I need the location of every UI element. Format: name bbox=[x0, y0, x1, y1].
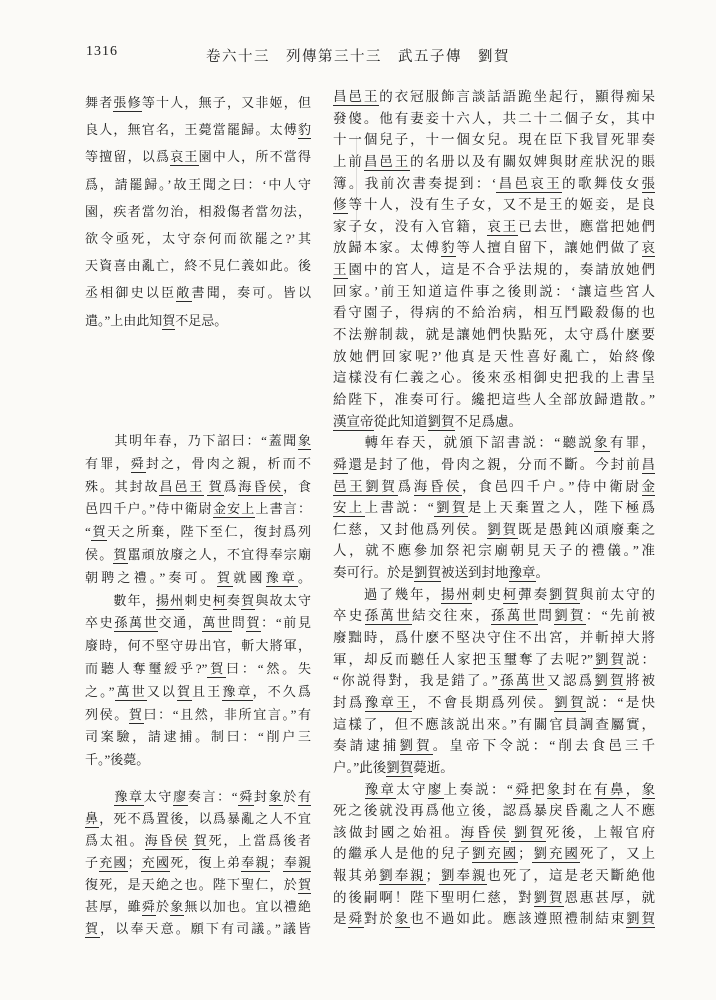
text-run: 數年， bbox=[85, 593, 156, 608]
proper-name-mark: 劉奉親 bbox=[379, 868, 425, 885]
text-line: 仁慈，又封他爲列侯。劉賀既是愚鈍凶頑廢棄之 bbox=[333, 519, 655, 541]
text-run: 太守 bbox=[144, 789, 173, 804]
text-run: 奏言：“ bbox=[188, 789, 238, 804]
text-run: 丞相御史以臣 bbox=[85, 285, 176, 300]
proper-name-mark: 張修 bbox=[113, 95, 141, 112]
text-run: ，死不爲置後，以爲暴亂之人不宜 bbox=[99, 811, 311, 826]
text-line: 之。”萬世又以賀且王豫章，不久爲 bbox=[85, 681, 311, 704]
text-run: 其明年春，乃下詔曰：“蓋聞 bbox=[85, 433, 298, 448]
proper-name-mark: 賀 bbox=[85, 921, 100, 938]
proper-name-mark: 劉賀 bbox=[554, 695, 586, 712]
text-run: 簿。我前次書奏提到：‘ bbox=[333, 176, 496, 191]
book-page: 1316 卷六十三 列傳第三十三 武五子傳 劉賀 舞者張修等十人，無子，又非姬，… bbox=[0, 0, 716, 1000]
text-line: 這樣了，但不應該説出來。”有關官員調查屬實， bbox=[333, 714, 655, 736]
text-line: 人，就不應參加祭祀宗廟朝見天子的禮儀。”准 bbox=[333, 540, 655, 562]
text-run: 給陛下，准奏可行。纔把這些人全部放歸遣散。” bbox=[333, 392, 655, 407]
text-run: 也不過如此。應該遵照禮制結束 bbox=[410, 911, 626, 926]
text-run: 舞者 bbox=[85, 95, 113, 110]
proper-name-mark: 漢宣帝 bbox=[333, 414, 374, 431]
text-run: 且王 bbox=[192, 684, 222, 699]
text-run: 奏 bbox=[227, 593, 241, 608]
text-run: 恩惠甚厚，就 bbox=[564, 890, 655, 905]
proper-name-mark: 舜 bbox=[238, 789, 254, 806]
proper-name-mark: 賀 bbox=[192, 833, 209, 850]
proper-name-mark: 劉賀 bbox=[554, 608, 586, 625]
text-run: 遣。”上由此知 bbox=[85, 313, 162, 328]
text-run: ：“前見 bbox=[261, 615, 311, 630]
text-line: 十一個兒子，十一個女兒。現在臣下我冒死罪奏 bbox=[333, 129, 655, 151]
text-line: 朝聘之禮。”奏可。賀就國豫章。 bbox=[85, 567, 311, 590]
text-line: 侯。賀嚚頑放廢之人，不宜得奉宗廟 bbox=[85, 544, 311, 567]
text-run: 於 bbox=[283, 789, 298, 804]
text-run: ， bbox=[626, 782, 642, 797]
text-run: 將被 bbox=[626, 673, 655, 688]
proper-name-mark: 昌邑王 bbox=[159, 479, 204, 496]
text-line: 爲，請罷歸。’故王聞之曰：‘中人守 bbox=[85, 171, 311, 198]
proper-name-mark: 豫章 bbox=[509, 565, 536, 582]
proper-name-mark: 昌邑王 bbox=[364, 154, 410, 171]
text-line: 的繼承人是他的兒子劉充國；劉充國死了，又上 bbox=[333, 843, 655, 865]
proper-name-mark: 柯 bbox=[213, 593, 227, 610]
text-line: 家子女，没有入官籍，哀王已去世，應當把她們 bbox=[333, 216, 655, 238]
text-run: ，不久爲 bbox=[253, 684, 311, 699]
text-run: 把 bbox=[531, 782, 547, 797]
proper-name-mark: 象 bbox=[298, 433, 311, 450]
text-run: 問 bbox=[538, 608, 554, 623]
text-run: 邑四千户。”侍中衛尉 bbox=[85, 501, 213, 516]
text-run: 之。” bbox=[85, 684, 115, 699]
proper-name-mark: 有 bbox=[298, 789, 311, 806]
text-run: 死了，又上 bbox=[580, 846, 655, 861]
text-run: 刺史 bbox=[472, 587, 503, 602]
text-run bbox=[333, 782, 365, 797]
proper-name-mark: 張 bbox=[642, 176, 656, 193]
text-run: 而聽人奪璽綬乎?” bbox=[85, 661, 207, 676]
text-run: 的繼承人是他的兒子 bbox=[333, 846, 472, 861]
proper-name-mark: 劉充國 bbox=[472, 846, 518, 863]
proper-name-mark: 海昏侯 bbox=[414, 479, 462, 496]
text-run: 欲令亟死，太守奈何而欲罷之?’其 bbox=[85, 231, 311, 246]
proper-name-mark: 安上 bbox=[333, 500, 365, 517]
proper-name-mark: 修 bbox=[333, 197, 348, 214]
text-line: 卒史孫萬世交通，萬世問賀：“前見 bbox=[85, 612, 311, 635]
text-run: 與前太守的 bbox=[580, 587, 655, 602]
text-line: 給陛下，准奏可行。纔把這些人全部放歸遣散。” bbox=[333, 389, 655, 411]
proper-name-mark: 敞 bbox=[176, 285, 191, 302]
text-run: 太守 bbox=[396, 782, 428, 797]
proper-name-mark: 王 bbox=[333, 262, 348, 279]
text-run: 又以 bbox=[147, 684, 177, 699]
proper-name-mark: 金 bbox=[642, 479, 656, 496]
proper-name-mark: 海昏侯 bbox=[238, 479, 283, 496]
text-run: 等擅留，以爲 bbox=[85, 149, 170, 164]
text-line: 天資喜由亂亡，終不見仁義如此。後 bbox=[85, 252, 311, 279]
proper-name-mark: 賀 bbox=[113, 547, 127, 564]
proper-name-mark: 舜 bbox=[333, 457, 348, 474]
text-line: 户。”此後劉賀薨逝。 bbox=[333, 757, 655, 779]
proper-name-mark: 劉賀 bbox=[511, 825, 545, 842]
proper-name-mark: 奉親 bbox=[283, 855, 311, 872]
proper-name-mark: 賀 bbox=[91, 524, 107, 541]
proper-name-mark: 象 bbox=[547, 782, 563, 799]
text-line: 遣。”上由此知賀不足忌。 bbox=[85, 307, 311, 334]
text-run: 千。”後薨。 bbox=[85, 752, 149, 767]
text-run bbox=[85, 789, 114, 804]
text-line: 列侯。賀曰：“且然，非所宜言。”有 bbox=[85, 704, 311, 727]
text-run: 曰：“然。失 bbox=[226, 661, 311, 676]
text-run: 放她們回家呢?’他真是天性喜好亂亡，始終像 bbox=[333, 349, 655, 364]
text-run: 户。”此後 bbox=[333, 760, 386, 775]
proper-name-mark: 劉奉親 bbox=[439, 868, 487, 885]
text-run: 嚚頑放廢之人，不宜得奉宗廟 bbox=[128, 547, 311, 562]
proper-name-mark: 奉親 bbox=[241, 855, 269, 872]
text-run: 發傻。他有妻妾十六人，共二十二個子女，其中 bbox=[333, 111, 655, 126]
text-run: ； bbox=[128, 855, 141, 870]
text-line: 舜還是封了他，骨肉之親，分而不斷。今封前昌 bbox=[333, 454, 655, 476]
text-run: 看守園子，得病的不給治病，相互鬥毆殺傷的也 bbox=[333, 305, 655, 320]
text-line: 不法辦制裁，就是讓她們快點死，太守爲什麽要 bbox=[333, 324, 655, 346]
proper-name-mark: 昌邑王 bbox=[333, 89, 379, 106]
translation-column: 昌邑王的衣冠服飾言談話語跪坐起行，顯得痴呆發傻。他有妻妾十六人，共二十二個子女，… bbox=[333, 0, 655, 1000]
text-line: 封爲豫章王，不會長期爲列侯。劉賀説：“是快 bbox=[333, 692, 655, 714]
text-line: 賀，以奉天意。願下有司議。”議皆 bbox=[85, 918, 311, 940]
text-line: 該做封國之始祖。海昏侯 劉賀死後，上報官府 bbox=[333, 822, 655, 844]
text-line: 爲太祖。海昏侯 賀死，上當爲後者 bbox=[85, 830, 311, 852]
proper-name-mark: 豹 bbox=[441, 240, 456, 257]
text-run: 放歸本家。太傅 bbox=[333, 240, 441, 255]
text-line: 鼻，死不爲置後，以爲暴亂之人不宜 bbox=[85, 808, 311, 830]
text-line: 其明年春，乃下詔曰：“蓋聞象 bbox=[85, 430, 311, 453]
text-run: ； bbox=[426, 868, 440, 883]
text-run: 已去世，應當把她們 bbox=[518, 219, 655, 234]
proper-name-mark: 賀 bbox=[177, 684, 192, 701]
proper-name-mark: 豹 bbox=[298, 122, 311, 139]
text-run: 是 bbox=[333, 911, 348, 926]
text-run: 。 bbox=[298, 570, 311, 585]
text-run: 對於 bbox=[364, 911, 395, 926]
text-line: 奏可行。於是劉賀被送到封地豫章。 bbox=[333, 562, 655, 584]
proper-name-mark: 孫萬世 bbox=[491, 608, 538, 625]
text-run: 有罪， bbox=[610, 435, 655, 450]
text-line: 舞者張修等十人，無子，又非姬，但 bbox=[85, 89, 311, 116]
text-line: 甚厚，雖舜於象無以加也。宜以禮絶 bbox=[85, 896, 311, 918]
text-line: 轉年春天，就頒下詔書説：“聽説象有罪， bbox=[333, 432, 655, 454]
text-run: 爲太祖。 bbox=[85, 833, 145, 848]
text-line: 有罪，舜封之，骨肉之親，析而不 bbox=[85, 453, 311, 476]
proper-name-mark: 賀 bbox=[246, 615, 261, 632]
text-run: 廢黜時，爲什麽不堅决守住不出宮，并斬掉大將 bbox=[333, 630, 655, 645]
text-line: “你説得對，我是錯了。”孫萬世又認爲劉賀將被 bbox=[333, 670, 655, 692]
text-run: 等十人，没有生子女，又不是王的姬妾，是良 bbox=[348, 197, 655, 212]
proper-name-mark: 豫章王 bbox=[365, 695, 412, 712]
proper-name-mark: 柯 bbox=[503, 587, 518, 604]
text-run: 回家。’前王知道這件事之後則説：‘讓這些宮人 bbox=[333, 284, 655, 299]
text-line: 邑王劉賀爲海昏侯，食邑四千户。”侍中衛尉金 bbox=[333, 476, 655, 498]
text-run: 良人，無官名，王薨當罷歸。太傅 bbox=[85, 122, 298, 137]
text-line: 邑四千户。”侍中衛尉金安上上書言： bbox=[85, 498, 311, 521]
proper-name-mark: 揚州 bbox=[441, 587, 472, 604]
text-run: 奏可行。於是 bbox=[333, 565, 414, 580]
text-run: 軍，却反而聽任人家把玉璽奪了去呢?” bbox=[333, 652, 593, 667]
text-run: ； bbox=[270, 855, 283, 870]
proper-name-mark: 孫萬世 bbox=[365, 608, 412, 625]
proper-name-mark: 豫章 bbox=[114, 789, 143, 806]
proper-name-mark: 賀 bbox=[207, 479, 224, 496]
proper-name-mark: 豫章 bbox=[365, 782, 397, 799]
proper-name-mark: 有鼻 bbox=[594, 782, 626, 799]
text-line: 數年，揚州刺史柯奏賀與故太守 bbox=[85, 590, 311, 613]
text-run: 天資喜由亂亡，終不見仁義如此。後 bbox=[85, 258, 311, 273]
text-line: 廢黜時，爲什麽不堅决守住不出宮，并斬掉大將 bbox=[333, 627, 655, 649]
text-run: 於 bbox=[156, 899, 170, 914]
text-run: 卒史 bbox=[333, 608, 365, 623]
text-line: 欲令亟死，太守奈何而欲罷之?’其 bbox=[85, 225, 311, 252]
text-line: 軍，却反而聽任人家把玉璽奪了去呢?”劉賀説： bbox=[333, 649, 655, 671]
text-run: 轉年春天，就頒下詔書説：“聽説 bbox=[333, 435, 594, 450]
proper-name-mark: 鼻 bbox=[85, 811, 99, 828]
text-run: 封 bbox=[254, 789, 269, 804]
text-run: 侯。 bbox=[85, 547, 113, 562]
text-run: 等人擅自留下，讓她們做了 bbox=[456, 240, 641, 255]
scan-artifact-line bbox=[356, 136, 357, 251]
proper-name-mark: 象 bbox=[170, 899, 184, 916]
proper-name-mark: 劉賀 bbox=[400, 738, 433, 755]
proper-name-mark: 劉賀 bbox=[487, 522, 518, 539]
proper-name-mark: 劉賀 bbox=[626, 911, 655, 928]
text-line: 園，疾者當勿治，相殺傷者當勿法， bbox=[85, 198, 311, 225]
text-run: 死後，上報官府 bbox=[546, 825, 655, 840]
proper-name-mark: 舜 bbox=[131, 456, 146, 473]
proper-name-mark: 哀王 bbox=[170, 149, 198, 166]
text-line: 而聽人奪璽綬乎?”賀曰：“然。失 bbox=[85, 658, 311, 681]
text-run: 爲，請罷歸。’故王聞之曰：‘中人守 bbox=[85, 177, 311, 192]
text-run: 園中的宮人，這是不合乎法規的，奏請放她們 bbox=[348, 262, 655, 277]
text-run: 刺史 bbox=[184, 593, 212, 608]
text-run: 從此知道 bbox=[374, 414, 428, 429]
text-run: 不法辦制裁，就是讓她們快點死，太守爲什麽要 bbox=[333, 327, 655, 342]
text-line: 子充國；充國死，復上弟奉親；奉親 bbox=[85, 852, 311, 874]
text-run: 這樣没有仁義之心。後來丞相御史把我的上書呈 bbox=[333, 370, 655, 385]
text-run: 問 bbox=[232, 615, 247, 630]
text-line: 發傻。他有妻妾十六人，共二十二個子女，其中 bbox=[333, 108, 655, 130]
text-run: 也死了，這是老天斷絶他 bbox=[487, 868, 655, 883]
proper-name-mark: 劉充國 bbox=[532, 846, 580, 863]
proper-name-mark: 充國 bbox=[141, 855, 171, 872]
proper-name-mark: 賀 bbox=[162, 313, 175, 330]
text-line: 上前昌邑王的名册以及有關奴婢與財産狀況的賬 bbox=[333, 151, 655, 173]
proper-name-mark: 劉賀 bbox=[434, 500, 468, 517]
text-run: 列侯。 bbox=[85, 707, 129, 722]
text-run: 既是愚鈍凶頑廢棄之 bbox=[518, 522, 655, 537]
text-line: 千。”後薨。 bbox=[85, 749, 311, 772]
text-run: 曰：“且然，非所宜言。”有 bbox=[144, 707, 311, 722]
text-line: 廢時，何不堅守毋出官，斬大將軍， bbox=[85, 635, 311, 658]
text-line: 是舜對於象也不過如此。應該遵照禮制結束劉賀 bbox=[333, 908, 655, 930]
proper-name-mark: 舜 bbox=[513, 782, 531, 799]
text-run: 死，上當爲後者 bbox=[209, 833, 311, 848]
text-run: ，不會長期爲列侯。 bbox=[412, 695, 554, 710]
text-run: 天之所棄，陛下至仁，復封爲列 bbox=[107, 524, 311, 539]
proper-name-mark: 劉賀 bbox=[428, 414, 455, 431]
text-line: 復死，是天絶之也。陛下聖仁，於賀 bbox=[85, 874, 311, 896]
proper-name-mark: 金安上 bbox=[213, 501, 256, 518]
text-run: 彈奏 bbox=[518, 587, 549, 602]
text-run: 報其弟 bbox=[333, 868, 379, 883]
text-run: 就國 bbox=[233, 570, 265, 585]
proper-name-mark: 昌 bbox=[642, 457, 656, 474]
proper-name-mark: 萬世 bbox=[202, 615, 231, 632]
text-line: 報其弟劉奉親；劉奉親也死了，這是老天斷絶他 bbox=[333, 865, 655, 887]
text-line: 豫章太守廖奏言：“舜封象於有 bbox=[85, 786, 311, 808]
proper-name-mark: 廖 bbox=[173, 789, 188, 806]
proper-name-mark: 舜 bbox=[142, 899, 156, 916]
text-run: 朝聘之禮。”奏可。 bbox=[85, 570, 217, 585]
text-run: 又認爲 bbox=[547, 673, 594, 688]
text-run: 十一個兒子，十一個女兒。現在臣下我冒死罪奏 bbox=[333, 132, 655, 147]
text-run: 司案驗，請逮捕。制曰：“削户三 bbox=[85, 729, 311, 744]
text-line: 昌邑王的衣冠服飾言談話語跪坐起行，顯得痴呆 bbox=[333, 86, 655, 108]
proper-name-mark: 象 bbox=[269, 789, 284, 806]
text-run: 園，疾者當勿治，相殺傷者當勿法， bbox=[85, 204, 311, 219]
text-run: “你説得對，我是錯了。” bbox=[333, 673, 498, 688]
proper-name-mark: 賀 bbox=[241, 593, 255, 610]
text-line: 等擅留，以爲哀王園中人，所不當得 bbox=[85, 143, 311, 170]
proper-name-mark: 萬世 bbox=[115, 684, 147, 701]
text-run: 該做封國之始祖。 bbox=[333, 825, 461, 840]
text-run: 死之後就没再爲他立後，認爲暴戾昏亂之人不應 bbox=[333, 803, 655, 818]
text-run: 封爲 bbox=[333, 695, 365, 710]
text-run: 甚厚，雖 bbox=[85, 899, 142, 914]
text-run: 死，復上弟 bbox=[170, 855, 241, 870]
text-run: 的歌舞伎女 bbox=[562, 176, 641, 191]
text-line: “賀天之所棄，陛下至仁，復封爲列 bbox=[85, 521, 311, 544]
text-line: 這樣没有仁義之心。後來丞相御史把我的上書呈 bbox=[333, 367, 655, 389]
text-line: 看守園子，得病的不給治病，相互鬥毆殺傷的也 bbox=[333, 302, 655, 324]
proper-name-mark: 賀 bbox=[217, 570, 233, 587]
text-run: 人，就不應參加祭祀宗廟朝見天子的禮儀。”准 bbox=[333, 543, 655, 558]
text-run: 上奏説：“ bbox=[444, 782, 513, 797]
text-line: 殊。其封故昌邑王 賀爲海昏侯，食 bbox=[85, 476, 311, 499]
text-run: 被送到封地 bbox=[441, 565, 509, 580]
text-line: 奏請逮捕劉賀。皇帝下令説：“削去食邑三千 bbox=[333, 735, 655, 757]
proper-name-mark: 賀 bbox=[298, 877, 311, 894]
text-run: 過了幾年， bbox=[333, 587, 441, 602]
proper-name-mark: 海昏侯 bbox=[145, 833, 190, 850]
text-line: 修等十人，没有生子女，又不是王的姬妾，是良 bbox=[333, 194, 655, 216]
proper-name-mark: 象 bbox=[642, 782, 656, 799]
text-run: 的衣冠服飾言談話語跪坐起行，顯得痴呆 bbox=[379, 89, 655, 104]
text-run: 還是封了他，骨肉之親，分而不斷。今封前 bbox=[348, 457, 641, 472]
text-line: 漢宣帝從此知道劉賀不足爲慮。 bbox=[333, 411, 655, 433]
text-line: 豫章太守廖上奏説：“舜把象封在有鼻，象 bbox=[333, 779, 655, 801]
proper-name-mark: 邑王 bbox=[333, 479, 365, 496]
text-run: 復死，是天絶之也。陛下聖仁，於 bbox=[85, 877, 298, 892]
text-line: 丞相御史以臣敞書聞，奏可。皆以 bbox=[85, 279, 311, 306]
text-run: 上書言： bbox=[255, 501, 311, 516]
text-run: 與故太守 bbox=[255, 593, 311, 608]
proper-name-mark: 劉賀 bbox=[365, 479, 397, 496]
text-line: 回家。’前王知道這件事之後則説：‘讓這些宮人 bbox=[333, 281, 655, 303]
text-run: 廢時，何不堅守毋出官，斬大將軍， bbox=[85, 638, 311, 653]
proper-name-mark: 海昏侯 bbox=[461, 825, 509, 842]
text-run: 等十人，無子，又非姬，但 bbox=[142, 95, 311, 110]
text-run: 仁慈，又封他爲列侯。 bbox=[333, 522, 487, 537]
proper-name-mark: 廖 bbox=[428, 782, 444, 799]
text-run: 封在 bbox=[563, 782, 595, 797]
text-line: 過了幾年，揚州刺史柯彈奏劉賀與前太守的 bbox=[333, 584, 655, 606]
text-run: 有罪， bbox=[85, 456, 131, 471]
proper-name-mark: 象 bbox=[395, 911, 410, 928]
proper-name-mark: 賀 bbox=[129, 707, 144, 724]
text-run: 不足爲慮。 bbox=[455, 414, 523, 429]
proper-name-mark: 孫萬世 bbox=[114, 615, 158, 632]
text-run: 殊。其封故 bbox=[85, 479, 159, 494]
proper-name-mark: 劉賀 bbox=[593, 652, 626, 669]
text-run: 的名册以及有關奴婢與財産狀況的賬 bbox=[410, 154, 655, 169]
proper-name-mark: 孫萬世 bbox=[498, 673, 547, 690]
proper-name-mark: 劉賀 bbox=[414, 565, 441, 582]
text-run: 説： bbox=[626, 652, 655, 667]
text-run: “ bbox=[85, 524, 91, 539]
text-run: 結交往來， bbox=[412, 608, 491, 623]
text-line: 放她們回家呢?’他真是天性喜好亂亡，始終像 bbox=[333, 346, 655, 368]
proper-name-mark: 揚州 bbox=[156, 593, 184, 610]
text-line: 王園中的宮人，這是不合乎法規的，奏請放她們 bbox=[333, 259, 655, 281]
text-run: 書聞，奏可。皆以 bbox=[192, 285, 311, 300]
text-run: ，以奉天意。願下有司議。”議皆 bbox=[100, 921, 311, 936]
text-run: 園中人，所不當得 bbox=[199, 149, 311, 164]
proper-name-mark: 哀 bbox=[642, 240, 656, 257]
text-line: 簿。我前次書奏提到：‘昌邑哀王的歌舞伎女張 bbox=[333, 173, 655, 195]
text-line: 安上上書説：“劉賀是上天棄置之人，陛下極爲 bbox=[333, 497, 655, 519]
text-run: 封之，骨肉之親，析而不 bbox=[146, 456, 311, 471]
proper-name-mark: 昌邑哀王 bbox=[496, 176, 562, 193]
text-line: 良人，無官名，王薨當罷歸。太傅豹 bbox=[85, 116, 311, 143]
text-run: 不足忌。 bbox=[175, 313, 227, 328]
proper-name-mark: 豫章 bbox=[222, 684, 252, 701]
text-run: 。 bbox=[536, 565, 550, 580]
proper-name-mark: 豫章 bbox=[266, 570, 298, 587]
proper-name-mark: 劉賀 bbox=[594, 673, 625, 690]
proper-name-mark: 劉賀 bbox=[549, 587, 580, 604]
text-run: 説：“是快 bbox=[586, 695, 655, 710]
text-run: 這樣了，但不應該説出來。”有關官員調查屬實， bbox=[333, 717, 655, 732]
text-run: 交通， bbox=[158, 615, 202, 630]
text-run: 爲 bbox=[224, 479, 239, 494]
text-run: 上書説：“ bbox=[365, 500, 434, 515]
text-line: 的後嗣啊！陛下聖明仁慈，對劉賀恩惠甚厚，就 bbox=[333, 887, 655, 909]
text-run: 無以加也。宜以禮絶 bbox=[184, 899, 311, 914]
text-run: 子 bbox=[85, 855, 99, 870]
text-line: 卒史孫萬世結交往來，孫萬世問劉賀：“先前被 bbox=[333, 605, 655, 627]
text-run: 。皇帝下令説：“削去食邑三千 bbox=[433, 738, 655, 753]
text-run: 薨逝。 bbox=[413, 760, 454, 775]
proper-name-mark: 舜 bbox=[348, 911, 363, 928]
proper-name-mark: 劉賀 bbox=[386, 760, 413, 777]
text-run: 是上天棄置之人，陛下極爲 bbox=[468, 500, 655, 515]
text-run: ； bbox=[518, 846, 532, 861]
text-run: 卒史 bbox=[85, 615, 114, 630]
text-line: 放歸本家。太傅豹等人擅自留下，讓她們做了哀 bbox=[333, 237, 655, 259]
proper-name-mark: 劉賀 bbox=[534, 890, 565, 907]
proper-name-mark: 充國 bbox=[99, 855, 127, 872]
original-text-column: 舞者張修等十人，無子，又非姬，但良人，無官名，王薨當罷歸。太傅豹等擅留，以爲哀王… bbox=[85, 0, 311, 1000]
text-run: 的後嗣啊！陛下聖明仁慈，對 bbox=[333, 890, 534, 905]
text-run: 上前 bbox=[333, 154, 364, 169]
proper-name-mark: 賀 bbox=[207, 661, 226, 678]
text-run: 爲 bbox=[398, 479, 414, 494]
proper-name-mark: 象 bbox=[594, 435, 610, 452]
